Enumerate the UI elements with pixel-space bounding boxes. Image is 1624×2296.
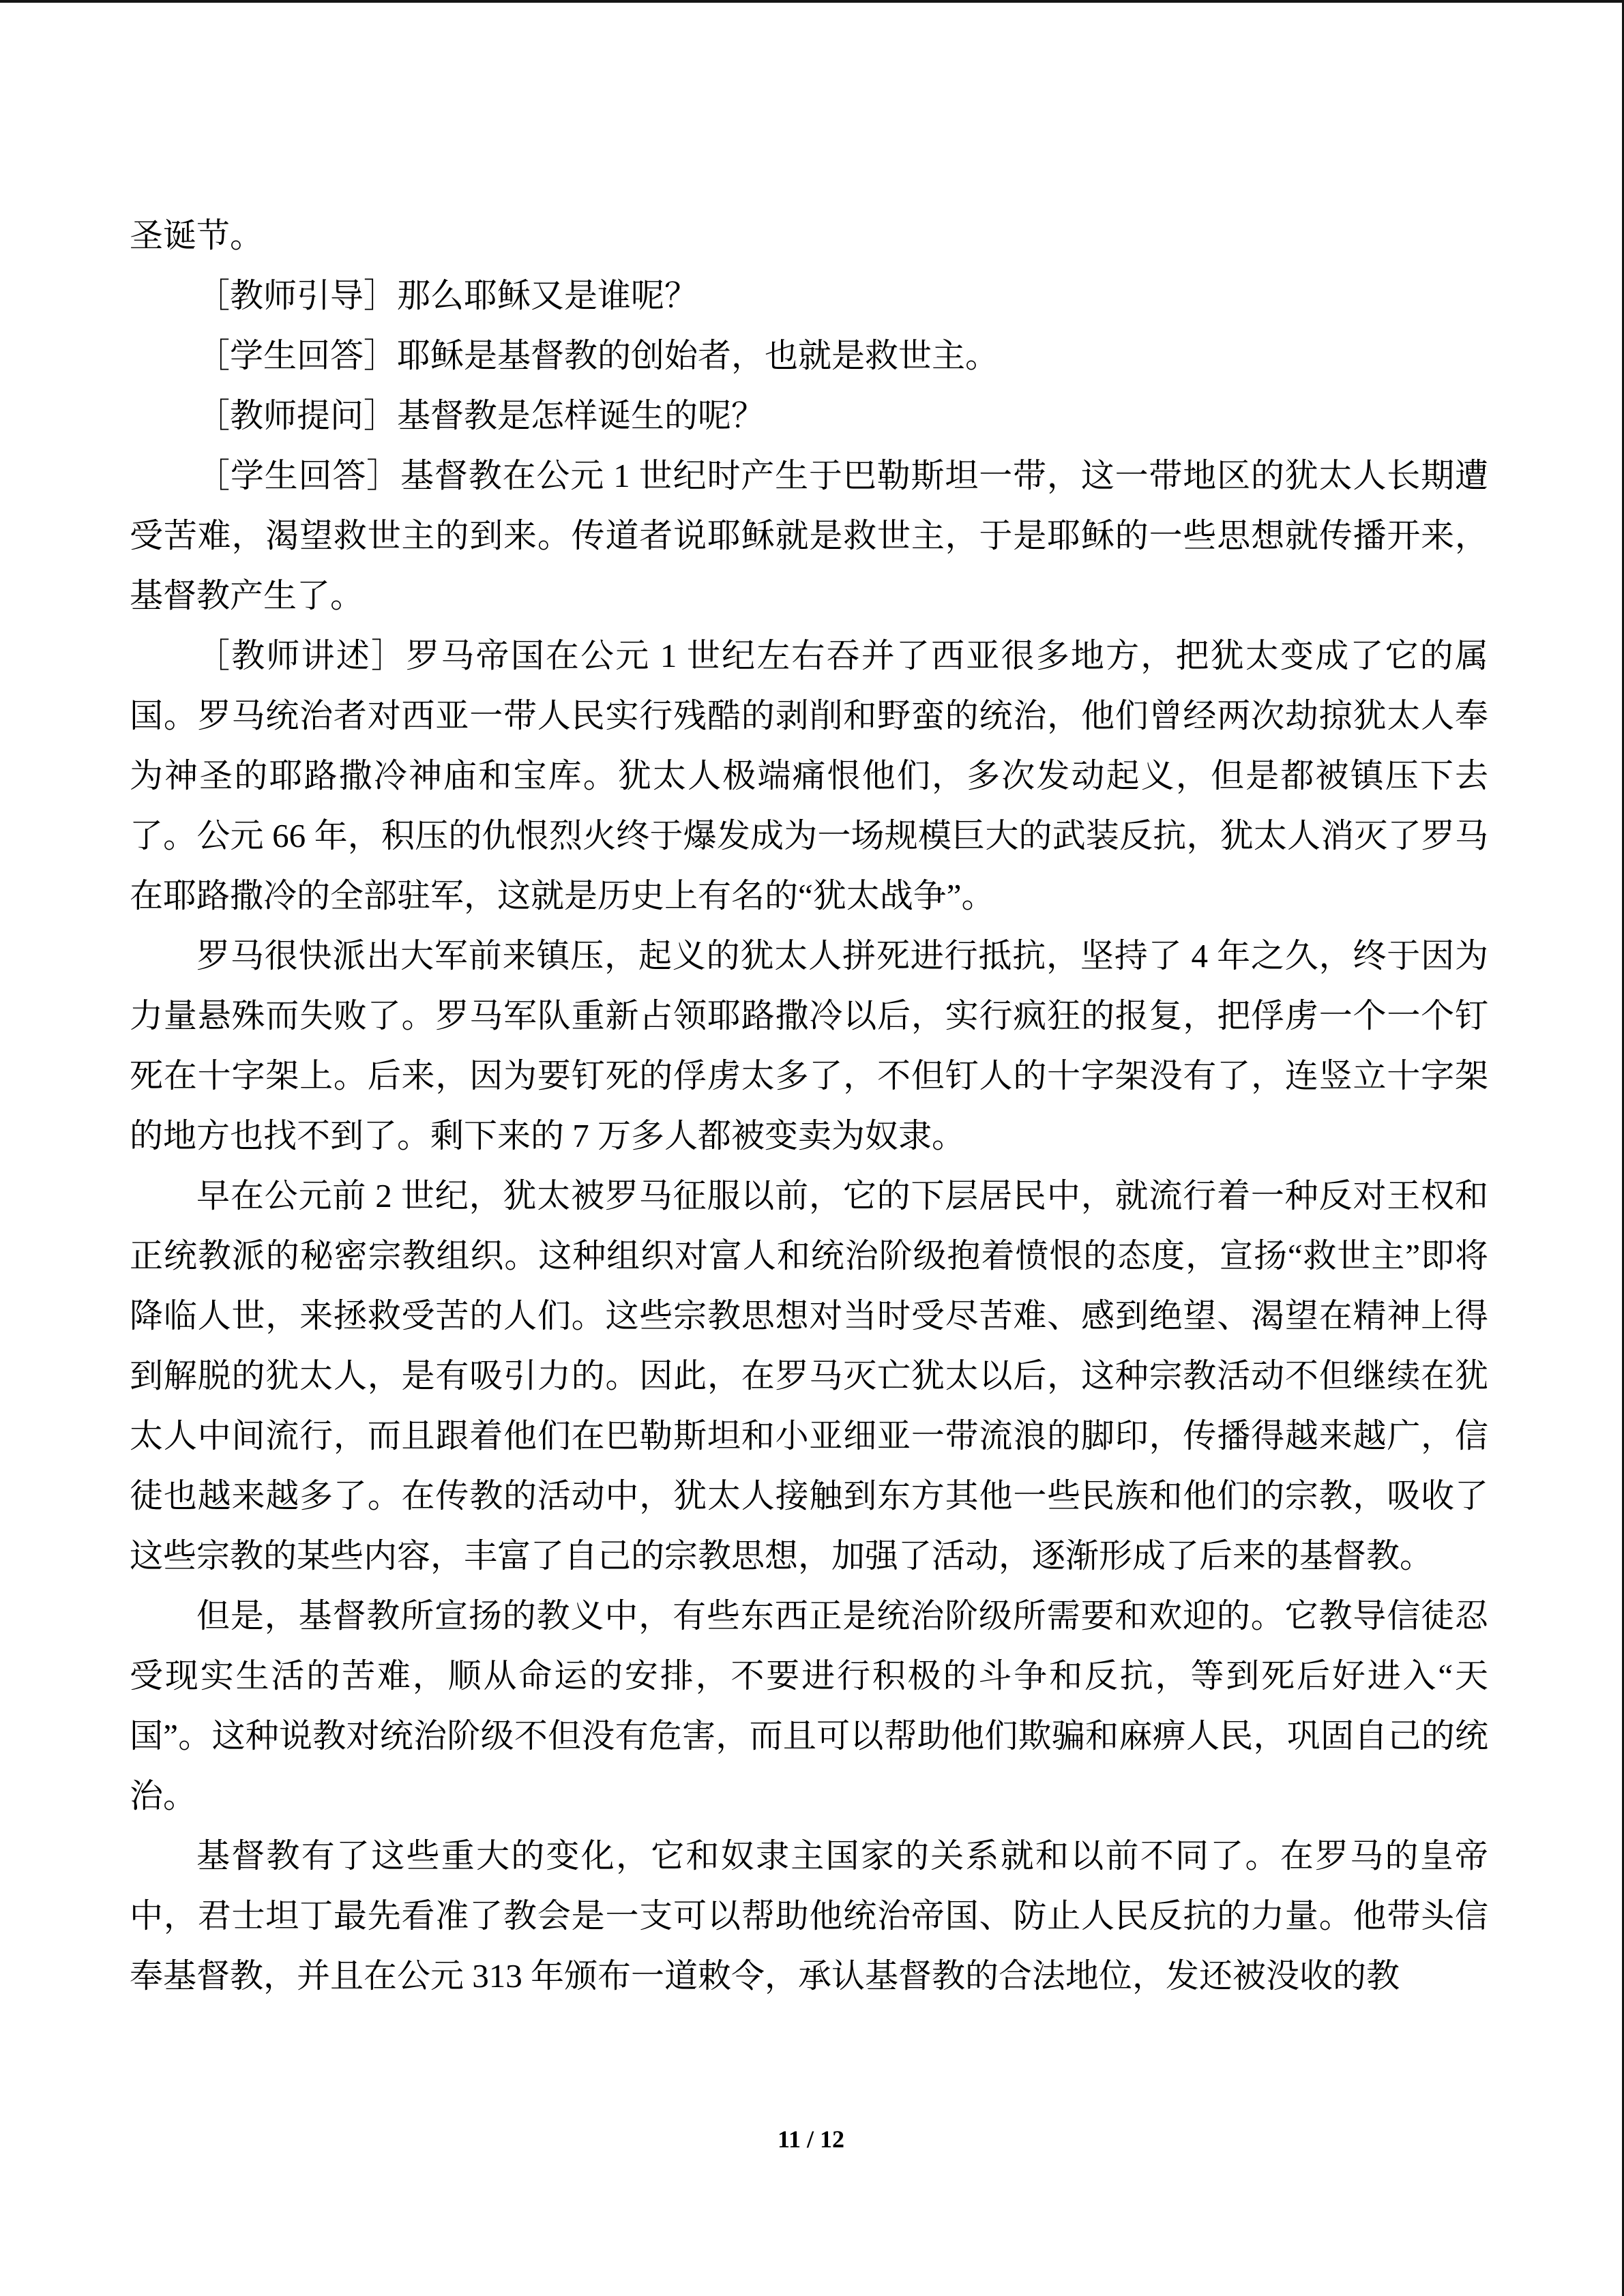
document-page: 圣诞节。 ［教师引导］那么耶稣又是谁呢？ ［学生回答］耶稣是基督教的创始者，也就… bbox=[0, 0, 1624, 2296]
paragraph-student-answer: ［学生回答］耶稣是基督教的创始者，也就是救世主。 bbox=[130, 326, 1488, 386]
page-number: 11 / 12 bbox=[778, 2126, 844, 2153]
paragraph-teacher-narration: ［教师讲述］罗马帝国在公元 1 世纪左右吞并了西亚很多地方，把犹太变成了它的属国… bbox=[130, 626, 1488, 926]
paragraph: 早在公元前 2 世纪，犹太被罗马征服以前，它的下层居民中，就流行着一种反对王权和… bbox=[130, 1166, 1488, 1586]
paragraph: 圣诞节。 bbox=[130, 206, 1488, 266]
paragraph-teacher-guide: ［教师引导］那么耶稣又是谁呢？ bbox=[130, 266, 1488, 326]
paragraph: 基督教有了这些重大的变化，它和奴隶主国家的关系就和以前不同了。在罗马的皇帝中，君… bbox=[130, 1826, 1488, 2006]
paragraph: 罗马很快派出大军前来镇压，起义的犹太人拼死进行抵抗，坚持了 4 年之久，终于因为… bbox=[130, 926, 1488, 1166]
page-footer: 11 / 12 bbox=[0, 2125, 1622, 2153]
paragraph: 但是，基督教所宣扬的教义中，有些东西正是统治阶级所需要和欢迎的。它教导信徒忍受现… bbox=[130, 1586, 1488, 1826]
paragraph-teacher-question: ［教师提问］基督教是怎样诞生的呢？ bbox=[130, 386, 1488, 446]
document-body: 圣诞节。 ［教师引导］那么耶稣又是谁呢？ ［学生回答］耶稣是基督教的创始者，也就… bbox=[130, 206, 1488, 2006]
paragraph-student-answer: ［学生回答］基督教在公元 1 世纪时产生于巴勒斯坦一带，这一带地区的犹太人长期遭… bbox=[130, 446, 1488, 626]
